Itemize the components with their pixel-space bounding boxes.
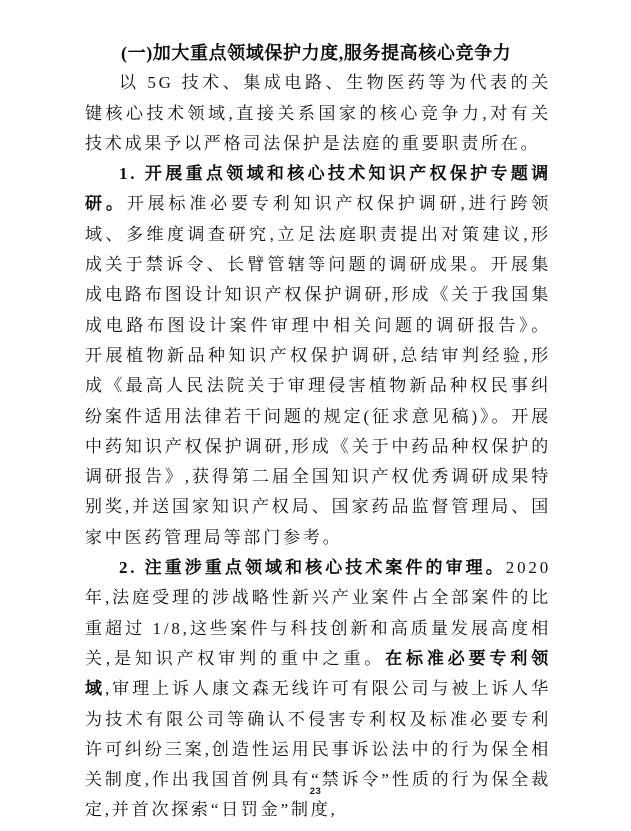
text-run: 开展标准必要专利知识产权保护调研,进行跨领域、多维度调查研究,立足法庭职责提出对… — [85, 194, 551, 546]
document-page: (一)加大重点领域保护力度,服务提高核心竞争力 以 5G 技术、集成电路、生物医… — [0, 0, 631, 831]
page-number: 23 — [0, 786, 631, 797]
text-run: ,审理上诉人康文森无线许可有限公司与被上诉人华为技术有限公司等确认不侵害专利权及… — [85, 679, 551, 819]
section-heading: (一)加大重点领域保护力度,服务提高核心竞争力 — [85, 38, 551, 68]
paragraph: 以 5G 技术、集成电路、生物医药等为代表的关键核心技术领域,直接关系国家的核心… — [85, 68, 551, 159]
paragraph: 1. 开展重点领域和核心技术知识产权保护专题调研。开展标准必要专利知识产权保护调… — [85, 159, 551, 553]
page-content: (一)加大重点领域保护力度,服务提高核心竞争力 以 5G 技术、集成电路、生物医… — [85, 38, 551, 826]
bold-text-run: 2. 注重涉重点领域和核心技术案件的审理。 — [119, 558, 506, 577]
text-run: 以 5G 技术、集成电路、生物医药等为代表的关键核心技术领域,直接关系国家的核心… — [85, 73, 551, 153]
paragraph-list: 以 5G 技术、集成电路、生物医药等为代表的关键核心技术领域,直接关系国家的核心… — [85, 68, 551, 825]
paragraph: 2. 注重涉重点领域和核心技术案件的审理。2020 年,法庭受理的涉战略性新兴产… — [85, 553, 551, 826]
